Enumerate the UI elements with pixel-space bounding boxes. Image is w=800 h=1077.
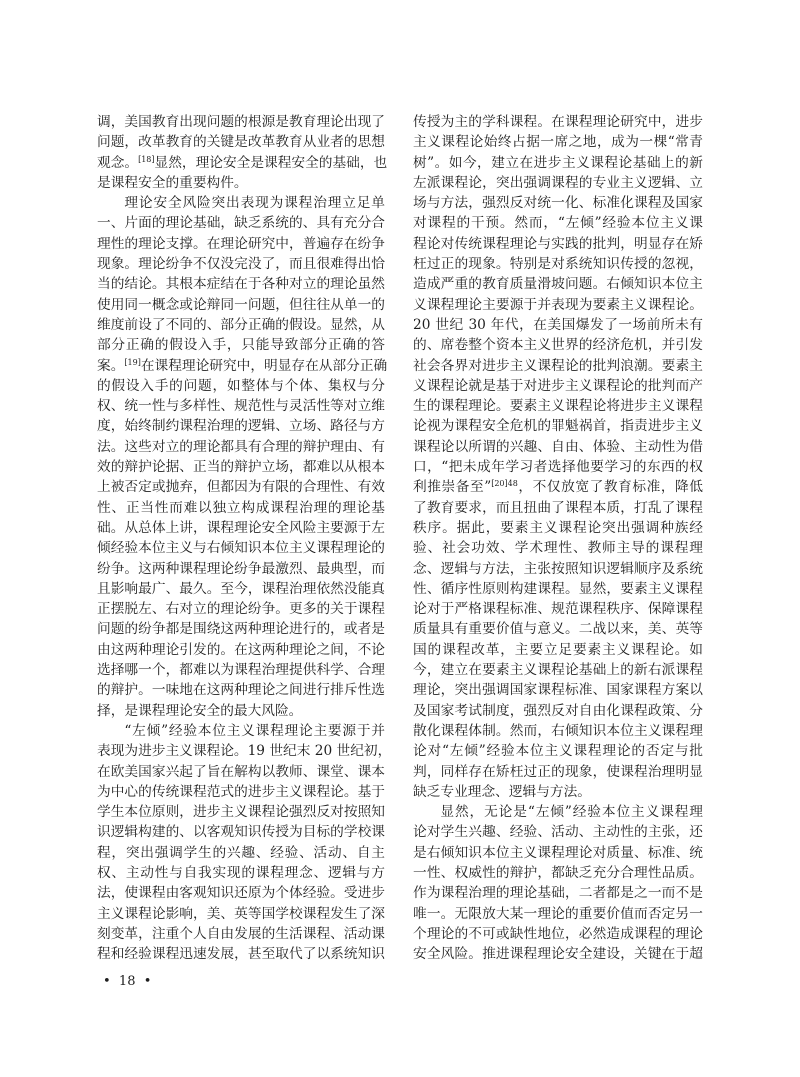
line-text: 一、片面的理论基础，缺乏系统的、具有充分合 bbox=[97, 215, 385, 231]
line-text: 性、正当性而难以独立构成课程治理的理论基 bbox=[97, 500, 385, 516]
line-text: 显然，理论安全是课程安全的基础，也 bbox=[155, 155, 388, 171]
text-line: 论对学生兴趣、经验、活动、主动性的主张，还 bbox=[413, 822, 703, 842]
text-line: 一性、权威性的辩护，都缺乏充分合理性品质。 bbox=[413, 863, 703, 883]
text-line: 础。从总体上讲，课程理论安全风险主要源于左 bbox=[97, 518, 385, 538]
line-text: 在欧美国家兴起了旨在解构以教师、课堂、课本 bbox=[97, 764, 385, 780]
text-line: 案。[19]在课程理论研究中，明显存在从部分正确 bbox=[97, 356, 385, 376]
line-text: 的辩护。一味地在这两种理论之间进行排斥性选 bbox=[97, 682, 385, 698]
line-text: 枉过正的现象。特别是对系统知识传授的忽视， bbox=[413, 256, 703, 272]
line-text: 效的辩护论据、正当的辩护立场，都难以从根本 bbox=[97, 459, 385, 475]
text-line: 使用同一概念或论辩同一问题，但往往从单一的 bbox=[97, 295, 385, 315]
text-line: 的辩护。一味地在这两种理论之间进行排斥性选 bbox=[97, 680, 385, 700]
line-text: 今，建立在要素主义课程论基础上的新右派课程 bbox=[413, 662, 703, 678]
text-line: 择，是课程理论安全的最大风险。 bbox=[97, 701, 385, 721]
text-line: 生的课程理论。要素主义课程论将进步主义课程 bbox=[413, 396, 703, 416]
line-text: 论对“左倾”经验本位主义课程理论的否定与批 bbox=[413, 743, 703, 759]
text-line: 显然，无论是“左倾”经验本位主义课程理 bbox=[413, 802, 703, 822]
line-text: 义课程理论主要源于并表现为要素主义课程论。 bbox=[413, 297, 703, 313]
text-line: 主义课程论始终占据一席之地，成为一棵“常青 bbox=[413, 132, 703, 152]
line-text: 安全风险。推进课程理论安全建设，关键在于超 bbox=[413, 946, 703, 962]
text-line: 在欧美国家兴起了旨在解构以教师、课堂、课本 bbox=[97, 762, 385, 782]
page-number: • 18 • bbox=[103, 973, 151, 991]
line-text: 调，美国教育出现问题的根源是教育理论出现了 bbox=[97, 114, 385, 130]
line-text: “左倾”经验本位主义课程理论主要源于并 bbox=[124, 723, 385, 739]
text-line: 社会各界对进步主义课程论的批判浪潮。要素主 bbox=[413, 356, 703, 376]
line-text: 验、社会功效、学术理性、教师主导的课程理 bbox=[413, 540, 703, 556]
line-text: 生的课程理论。要素主义课程论将进步主义课程 bbox=[413, 398, 703, 414]
text-line: 的假设入手的问题，如整体与个体、集权与分 bbox=[97, 376, 385, 396]
line-text: 学生本位原则，进步主义课程论强烈反对按照知 bbox=[97, 804, 385, 820]
text-line: 法。这些对立的理论都具有合理的辩护理由、有 bbox=[97, 437, 385, 457]
line-text: 选择哪一个，都难以为课程治理提供科学、合理 bbox=[97, 662, 385, 678]
text-line: 现象。理论纷争不仅没完没了，而且很难得出恰 bbox=[97, 254, 385, 274]
text-line: 判，同样存在矫枉过正的现象，使课程治理明显 bbox=[413, 762, 703, 782]
text-line: 一、片面的理论基础，缺乏系统的、具有充分合 bbox=[97, 213, 385, 233]
text-line: 了教育要求，而且扭曲了课程本质，打乱了课程 bbox=[413, 498, 703, 518]
line-text: 口，“把未成年学习者选择他要学习的东西的权 bbox=[413, 459, 703, 475]
line-text: 观念。 bbox=[97, 155, 138, 171]
line-text: 案。 bbox=[97, 358, 124, 374]
text-line: 义课程论就是基于对进步主义课程论的批判而产 bbox=[413, 376, 703, 396]
text-line: 安全风险。推进课程理论安全建设，关键在于超 bbox=[413, 944, 703, 964]
line-text: 础。从总体上讲，课程理论安全风险主要源于左 bbox=[97, 520, 385, 536]
line-text: 缺乏专业理念、逻辑与方法。 bbox=[413, 784, 591, 800]
line-text: 程和经验课程迅速发展，甚至取代了以系统知识 bbox=[97, 946, 385, 962]
text-line: 树”。如今，建立在进步主义课程论基础上的新 bbox=[413, 153, 703, 173]
text-column-right: 传授为主的学科课程。在课程理论研究中，进步主义课程论始终占据一席之地，成为一棵“… bbox=[413, 112, 703, 964]
text-line: 秩序。据此，要素主义课程论突出强调种族经 bbox=[413, 518, 703, 538]
line-text: 且影响最广、最久。至今，课程治理依然没能真 bbox=[97, 581, 385, 597]
text-line: 刻变革，注重个人自由发展的生活课程、活动课 bbox=[97, 924, 385, 944]
line-text: 质量具有重要价值与意义。二战以来，美、英等 bbox=[413, 621, 703, 637]
text-line: 论对于严格课程标准、规范课程秩序、保障课程 bbox=[413, 599, 703, 619]
line-text: 课程论以所谓的兴趣、自由、体验、主动性为借 bbox=[413, 439, 703, 455]
text-line: 问题，改革教育的关键是改革教育从业者的思想 bbox=[97, 132, 385, 152]
text-column-left: 调，美国教育出现问题的根源是教育理论出现了问题，改革教育的关键是改革教育从业者的… bbox=[97, 112, 385, 964]
line-text: 念、逻辑与方法，主张按照知识逻辑顺序及系统 bbox=[413, 561, 703, 577]
text-line: 及国家考试制度，强烈反对自由化课程政策、分 bbox=[413, 701, 703, 721]
text-line: 20 世纪 30 年代，在美国爆发了一场前所未有 bbox=[413, 315, 703, 335]
line-text: 为中心的传统课程范式的进步主义课程论。基于 bbox=[97, 784, 385, 800]
line-text: 法，使课程由客观知识还原为个体经验。受进步 bbox=[97, 885, 385, 901]
text-line: 权、统一性与多样性、规范性与灵活性等对立维 bbox=[97, 396, 385, 416]
line-text: 是右倾知识本位主义课程理论对质量、标准、统 bbox=[413, 845, 703, 861]
line-text: 是课程安全的重要构件。 bbox=[97, 175, 248, 191]
text-line: 程论对传统课程理论与实践的批判，明显存在矫 bbox=[413, 234, 703, 254]
line-text: 一性、权威性的辩护，都缺乏充分合理性品质。 bbox=[413, 865, 703, 881]
text-line: 的、席卷整个资本主义世界的经济危机，并引发 bbox=[413, 335, 703, 355]
line-text: 问题，改革教育的关键是改革教育从业者的思想 bbox=[97, 134, 385, 150]
citation-superscript: [20]48 bbox=[491, 479, 518, 488]
line-text: 了教育要求，而且扭曲了课程本质，打乱了课程 bbox=[413, 500, 703, 516]
text-line: 表现为进步主义课程论。19 世纪末 20 世纪初， bbox=[97, 741, 385, 761]
text-line: 是右倾知识本位主义课程理论对质量、标准、统 bbox=[413, 843, 703, 863]
text-line: 调，美国教育出现问题的根源是教育理论出现了 bbox=[97, 112, 385, 132]
line-text: 唯一。无限放大某一理论的重要价值而否定另一 bbox=[413, 906, 703, 922]
line-text: 场与方法，强烈反对统一化、标准化课程及国家 bbox=[413, 195, 703, 211]
text-line: 当的结论。其根本症结在于各种对立的理论虽然 bbox=[97, 274, 385, 294]
citation-superscript: [18] bbox=[138, 155, 154, 164]
text-line: “左倾”经验本位主义课程理论主要源于并 bbox=[97, 721, 385, 741]
text-line: 论对“左倾”经验本位主义课程理论的否定与批 bbox=[413, 741, 703, 761]
text-line: 念、逻辑与方法，主张按照知识逻辑顺序及系统 bbox=[413, 559, 703, 579]
text-line: 传授为主的学科课程。在课程理论研究中，进步 bbox=[413, 112, 703, 132]
text-line: 权、主动性与自我实现的课程理念、逻辑与方 bbox=[97, 863, 385, 883]
text-line: 国的课程改革，主要立足要素主义课程论。如 bbox=[413, 640, 703, 660]
text-line: 法，使课程由客观知识还原为个体经验。受进步 bbox=[97, 883, 385, 903]
line-text: 问题的纷争都是围绕这两种理论进行的，或者是 bbox=[97, 621, 385, 637]
line-text: 正摆脱左、右对立的理论纷争。更多的关于课程 bbox=[97, 601, 385, 617]
text-line: 作为课程治理的理论基础，二者都是之一而不是 bbox=[413, 883, 703, 903]
line-text: 程，突出强调学生的兴趣、经验、活动、自主 bbox=[97, 845, 385, 861]
text-line: 义课程理论主要源于并表现为要素主义课程论。 bbox=[413, 295, 703, 315]
text-line: 正摆脱左、右对立的理论纷争。更多的关于课程 bbox=[97, 599, 385, 619]
line-text: 对课程的干预。然而，“左倾”经验本位主义课 bbox=[413, 215, 703, 231]
line-text: 现象。理论纷争不仅没完没了，而且很难得出恰 bbox=[97, 256, 385, 272]
text-line: 利推崇备至”[20]48，不仅放宽了教育标准，降低 bbox=[413, 477, 703, 497]
line-text: 倾经验本位主义与右倾知识本位主义课程理论的 bbox=[97, 540, 385, 556]
line-text: 论对于严格课程标准、规范课程秩序、保障课程 bbox=[413, 601, 703, 617]
text-line: 质量具有重要价值与意义。二战以来，美、英等 bbox=[413, 619, 703, 639]
line-text: 表现为进步主义课程论。19 世纪末 20 世纪初， bbox=[97, 743, 391, 759]
citation-superscript: [19] bbox=[124, 358, 140, 367]
line-text: 散化课程体制。然而，右倾知识本位主义课程理 bbox=[413, 723, 703, 739]
line-text: 的、席卷整个资本主义世界的经济危机，并引发 bbox=[413, 337, 703, 353]
text-line: 个理论的不可或缺性地位，必然造成课程的理论 bbox=[413, 924, 703, 944]
text-line: 理论，突出强调国家课程标准、国家课程方案以 bbox=[413, 680, 703, 700]
line-text: 当的结论。其根本症结在于各种对立的理论虽然 bbox=[97, 276, 385, 292]
line-text: 论对学生兴趣、经验、活动、主动性的主张，还 bbox=[413, 824, 703, 840]
text-line: 识逻辑构建的、以客观知识传授为目标的学校课 bbox=[97, 822, 385, 842]
line-text: 择，是课程理论安全的最大风险。 bbox=[97, 703, 302, 719]
text-line: 性、正当性而难以独立构成课程治理的理论基 bbox=[97, 498, 385, 518]
text-line: 枉过正的现象。特别是对系统知识传授的忽视， bbox=[413, 254, 703, 274]
line-text: 维度前设了不同的、部分正确的假设。显然，从 bbox=[97, 317, 385, 333]
text-line: 理性的理论支撑。在理论研究中，普遍存在纷争 bbox=[97, 234, 385, 254]
text-line: 主义课程论影响，美、英等国学校课程发生了深 bbox=[97, 904, 385, 924]
line-text: 权、主动性与自我实现的课程理念、逻辑与方 bbox=[97, 865, 385, 881]
text-line: 效的辩护论据、正当的辩护立场，都难以从根本 bbox=[97, 457, 385, 477]
text-line: 学生本位原则，进步主义课程论强烈反对按照知 bbox=[97, 802, 385, 822]
text-line: 造成严重的教育质量滑坡问题。右倾知识本位主 bbox=[413, 274, 703, 294]
text-line: 缺乏专业理念、逻辑与方法。 bbox=[413, 782, 703, 802]
line-text: 权、统一性与多样性、规范性与灵活性等对立维 bbox=[97, 398, 385, 414]
line-text: 法。这些对立的理论都具有合理的辩护理由、有 bbox=[97, 439, 385, 455]
line-text: 主义课程论影响，美、英等国学校课程发生了深 bbox=[97, 906, 385, 922]
line-text: 左派课程论，突出强调课程的专业主义逻辑、立 bbox=[413, 175, 703, 191]
line-text: 的假设入手的问题，如整体与个体、集权与分 bbox=[97, 378, 385, 394]
line-text: 作为课程治理的理论基础，二者都是之一而不是 bbox=[413, 885, 703, 901]
text-line: 纷争。这两种课程理论纷争最激烈、最典型，而 bbox=[97, 559, 385, 579]
text-line: 场与方法，强烈反对统一化、标准化课程及国家 bbox=[413, 193, 703, 213]
text-line: 散化课程体制。然而，右倾知识本位主义课程理 bbox=[413, 721, 703, 741]
text-line: 论视为课程安全危机的罪魁祸首，指责进步主义 bbox=[413, 416, 703, 436]
line-text: 理论，突出强调国家课程标准、国家课程方案以 bbox=[413, 682, 703, 698]
line-text: 个理论的不可或缺性地位，必然造成课程的理论 bbox=[413, 926, 703, 942]
text-line: 程，突出强调学生的兴趣、经验、活动、自主 bbox=[97, 843, 385, 863]
text-line: 为中心的传统课程范式的进步主义课程论。基于 bbox=[97, 782, 385, 802]
text-line: 是课程安全的重要构件。 bbox=[97, 173, 385, 193]
line-text: 社会各界对进步主义课程论的批判浪潮。要素主 bbox=[413, 358, 703, 374]
text-line: 倾经验本位主义与右倾知识本位主义课程理论的 bbox=[97, 538, 385, 558]
line-text: 性、循序性原则构建课程。显然，要素主义课程 bbox=[413, 581, 703, 597]
line-text: 识逻辑构建的、以客观知识传授为目标的学校课 bbox=[97, 824, 385, 840]
line-text: 判，同样存在矫枉过正的现象，使课程治理明显 bbox=[413, 764, 703, 780]
line-text: 理论安全风险突出表现为课程治理立足单 bbox=[124, 195, 385, 211]
text-line: 验、社会功效、学术理性、教师主导的课程理 bbox=[413, 538, 703, 558]
line-text: 由这两种理论引发的。在这两种理论之间，不论 bbox=[97, 642, 385, 658]
line-text: 造成严重的教育质量滑坡问题。右倾知识本位主 bbox=[413, 276, 703, 292]
line-text: 利推崇备至” bbox=[413, 479, 491, 495]
line-text: 度，始终制约课程治理的逻辑、立场、路径与方 bbox=[97, 418, 385, 434]
line-text: 使用同一概念或论辩同一问题，但往往从单一的 bbox=[97, 297, 385, 313]
text-line: 选择哪一个，都难以为课程治理提供科学、合理 bbox=[97, 660, 385, 680]
text-line: 由这两种理论引发的。在这两种理论之间，不论 bbox=[97, 640, 385, 660]
line-text: 纷争。这两种课程理论纷争最激烈、最典型，而 bbox=[97, 561, 385, 577]
line-text: ，不仅放宽了教育标准，降低 bbox=[518, 479, 703, 495]
text-line: 理论安全风险突出表现为课程治理立足单 bbox=[97, 193, 385, 213]
text-line: 左派课程论，突出强调课程的专业主义逻辑、立 bbox=[413, 173, 703, 193]
line-text: 义课程论就是基于对进步主义课程论的批判而产 bbox=[413, 378, 703, 394]
line-text: 显然，无论是“左倾”经验本位主义课程理 bbox=[440, 804, 703, 820]
line-text: 部分正确的假设入手，只能导致部分正确的答 bbox=[97, 337, 385, 353]
text-line: 今，建立在要素主义课程论基础上的新右派课程 bbox=[413, 660, 703, 680]
line-text: 主义课程论始终占据一席之地，成为一棵“常青 bbox=[413, 134, 703, 150]
line-text: 国的课程改革，主要立足要素主义课程论。如 bbox=[413, 642, 703, 658]
text-line: 口，“把未成年学习者选择他要学习的东西的权 bbox=[413, 457, 703, 477]
text-line: 维度前设了不同的、部分正确的假设。显然，从 bbox=[97, 315, 385, 335]
text-line: 且影响最广、最久。至今，课程治理依然没能真 bbox=[97, 579, 385, 599]
line-text: 理性的理论支撑。在理论研究中，普遍存在纷争 bbox=[97, 236, 385, 252]
line-text: 传授为主的学科课程。在课程理论研究中，进步 bbox=[413, 114, 703, 130]
text-line: 对课程的干预。然而，“左倾”经验本位主义课 bbox=[413, 213, 703, 233]
line-text: 树”。如今，建立在进步主义课程论基础上的新 bbox=[413, 155, 703, 171]
text-line: 上被否定或抛弃，但都因为有限的合理性、有效 bbox=[97, 477, 385, 497]
line-text: 在课程理论研究中，明显存在从部分正确 bbox=[141, 358, 387, 374]
text-line: 性、循序性原则构建课程。显然，要素主义课程 bbox=[413, 579, 703, 599]
line-text: 上被否定或抛弃，但都因为有限的合理性、有效 bbox=[97, 479, 385, 495]
text-line: 程和经验课程迅速发展，甚至取代了以系统知识 bbox=[97, 944, 385, 964]
text-line: 度，始终制约课程治理的逻辑、立场、路径与方 bbox=[97, 416, 385, 436]
line-text: 程论对传统课程理论与实践的批判，明显存在矫 bbox=[413, 236, 703, 252]
text-line: 问题的纷争都是围绕这两种理论进行的，或者是 bbox=[97, 619, 385, 639]
text-line: 观念。[18]显然，理论安全是课程安全的基础，也 bbox=[97, 153, 385, 173]
line-text: 刻变革，注重个人自由发展的生活课程、活动课 bbox=[97, 926, 385, 942]
line-text: 及国家考试制度，强烈反对自由化课程政策、分 bbox=[413, 703, 703, 719]
line-text: 20 世纪 30 年代，在美国爆发了一场前所未有 bbox=[413, 317, 703, 333]
text-line: 唯一。无限放大某一理论的重要价值而否定另一 bbox=[413, 904, 703, 924]
line-text: 秩序。据此，要素主义课程论突出强调种族经 bbox=[413, 520, 703, 536]
text-line: 部分正确的假设入手，只能导致部分正确的答 bbox=[97, 335, 385, 355]
text-line: 课程论以所谓的兴趣、自由、体验、主动性为借 bbox=[413, 437, 703, 457]
line-text: 论视为课程安全危机的罪魁祸首，指责进步主义 bbox=[413, 418, 703, 434]
